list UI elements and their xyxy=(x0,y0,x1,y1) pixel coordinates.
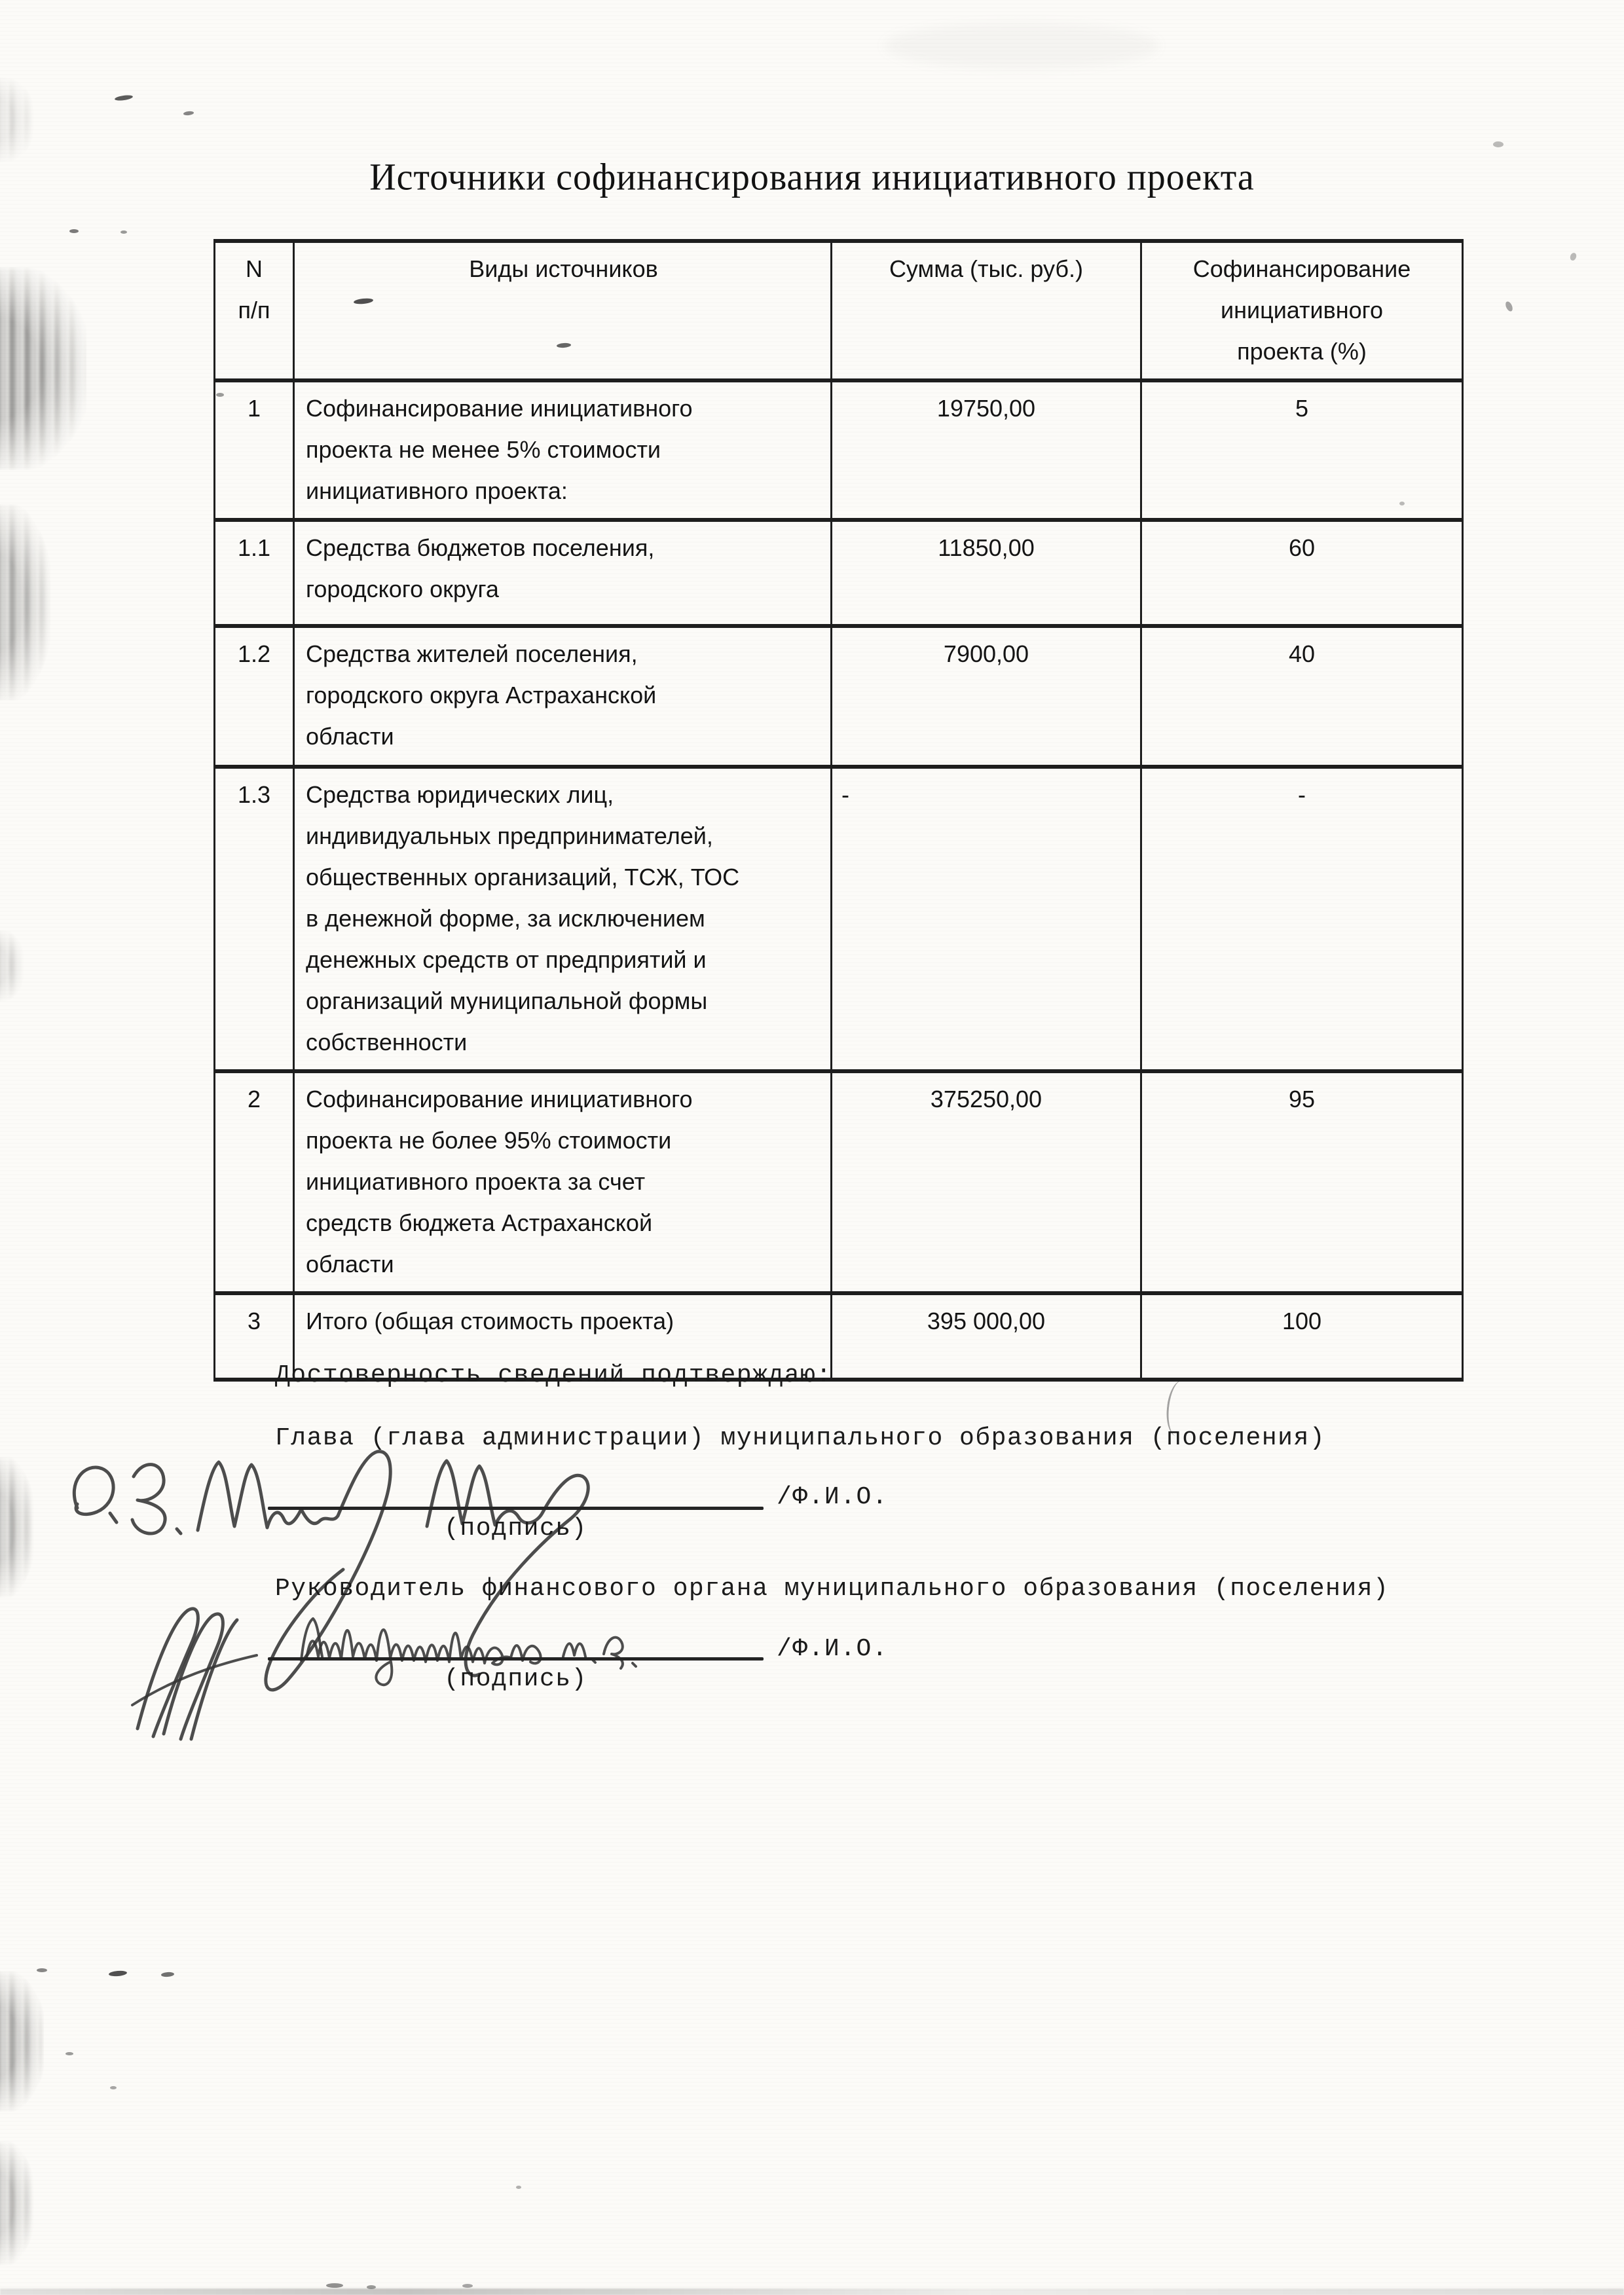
dust-speck xyxy=(65,2052,73,2055)
row-num: 2 xyxy=(215,1071,294,1293)
row-num: 1.1 xyxy=(215,520,294,626)
row-share: - xyxy=(1141,767,1463,1071)
signature-line xyxy=(268,1507,764,1510)
dust-speck xyxy=(120,230,127,234)
row-share: 95 xyxy=(1141,1071,1463,1293)
scan-noise-blob xyxy=(884,23,1159,69)
dust-speck xyxy=(1504,301,1514,312)
fio-label: /Ф.И.О. xyxy=(777,1481,888,1514)
signature-caption: (подпись) xyxy=(268,1513,764,1545)
dust-speck xyxy=(69,229,79,233)
dust-speck xyxy=(110,2086,117,2089)
row-sum: - xyxy=(832,767,1141,1071)
scan-streak-artifact xyxy=(0,1457,34,1598)
scan-streak-artifact xyxy=(0,77,34,162)
financing-sources-table: N п/п Виды источников Сумма (тыс. руб.) … xyxy=(213,239,1464,1382)
scan-streak-artifact xyxy=(0,267,86,470)
table-row: 2 Софинансирование инициативного проекта… xyxy=(215,1071,1463,1293)
scanned-document-page: Источники софинансирования инициативного… xyxy=(0,0,1624,2295)
row-sum: 395 000,00 xyxy=(832,1293,1141,1380)
scan-bottom-edge-artifact xyxy=(0,2288,1624,2295)
dust-speck xyxy=(1493,141,1504,147)
table-row: 1.3 Средства юридических лиц, индивидуал… xyxy=(215,767,1463,1071)
row-sum: 19750,00 xyxy=(832,380,1141,520)
row-share: 100 xyxy=(1141,1293,1463,1380)
confirmation-statement: Достоверность сведений подтверждаю: xyxy=(275,1359,832,1392)
dust-speck xyxy=(516,2186,521,2189)
signature-line xyxy=(268,1657,764,1661)
table-header-row: N п/п Виды источников Сумма (тыс. руб.) … xyxy=(215,241,1463,380)
row-num: 1 xyxy=(215,380,294,520)
head-official-label: Глава (глава администрации) муниципально… xyxy=(275,1422,1325,1455)
dust-speck xyxy=(37,1968,47,1972)
dust-speck xyxy=(115,94,134,101)
dust-speck xyxy=(462,2284,473,2288)
row-source: Средства бюджетов поселения, городского … xyxy=(294,520,832,626)
dust-speck xyxy=(183,111,194,116)
col-header-share: Софинансирование инициативного проекта (… xyxy=(1141,241,1463,380)
row-source: Средства юридических лиц, индивидуальных… xyxy=(294,767,832,1071)
col-header-sum: Сумма (тыс. руб.) xyxy=(832,241,1141,380)
scan-streak-artifact xyxy=(0,1971,44,2112)
scan-streak-artifact xyxy=(0,930,24,1002)
row-num: 1.3 xyxy=(215,767,294,1071)
dust-speck xyxy=(1569,252,1578,261)
col-header-source: Виды источников xyxy=(294,241,832,380)
fio-label: /Ф.И.О. xyxy=(777,1633,888,1666)
row-share: 5 xyxy=(1141,380,1463,520)
row-source: Софинансирование инициативного проекта н… xyxy=(294,380,832,520)
row-source: Софинансирование инициативного проекта н… xyxy=(294,1071,832,1293)
row-share: 60 xyxy=(1141,520,1463,626)
row-source: Средства жителей поселения, городского о… xyxy=(294,626,832,767)
row-sum: 375250,00 xyxy=(832,1071,1141,1293)
col-header-num: N п/п xyxy=(215,241,294,380)
table-row: 1 Софинансирование инициативного проекта… xyxy=(215,380,1463,520)
signature-caption: (подпись) xyxy=(268,1663,764,1696)
dust-speck xyxy=(161,1972,174,1977)
scan-streak-artifact xyxy=(0,504,50,701)
row-share: 40 xyxy=(1141,626,1463,767)
page-title: Источники софинансирования инициативного… xyxy=(0,156,1624,198)
row-sum: 11850,00 xyxy=(832,520,1141,626)
row-num: 1.2 xyxy=(215,626,294,767)
finance-official-label: Руководитель финансового органа муниципа… xyxy=(275,1573,1389,1606)
dust-speck xyxy=(109,1970,128,1977)
table-row: 1.2 Средства жителей поселения, городско… xyxy=(215,626,1463,767)
table-row: 1.1 Средства бюджетов поселения, городск… xyxy=(215,520,1463,626)
dust-speck xyxy=(326,2283,343,2288)
row-sum: 7900,00 xyxy=(832,626,1141,767)
scan-streak-artifact xyxy=(0,2141,34,2266)
